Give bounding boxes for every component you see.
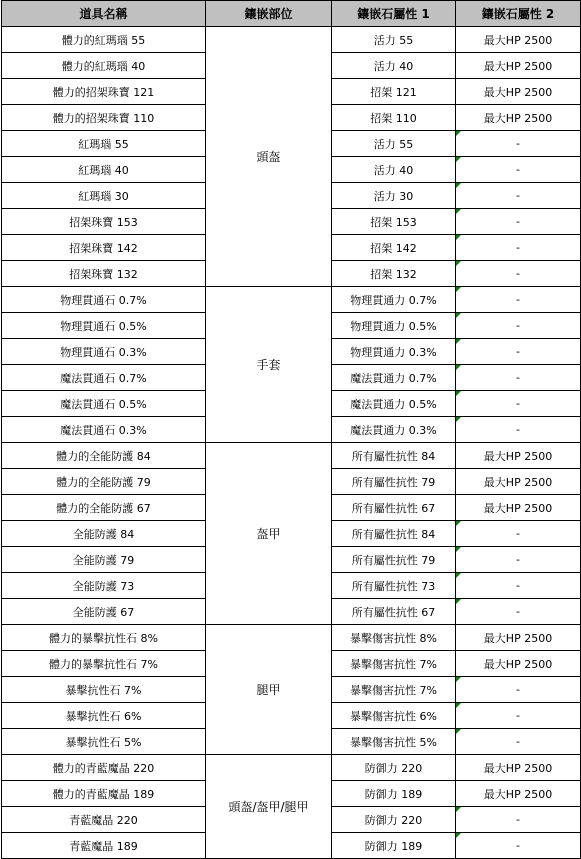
table-row: 體力的紅瑪瑙 55頭盔活力 55最大HP 2500 [2, 27, 581, 53]
gem-attr-1-cell: 魔法貫通力 0.3% [332, 417, 456, 443]
gem-attr-1-cell: 活力 30 [332, 183, 456, 209]
gem-attr-2-cell: 最大HP 2500 [456, 443, 581, 469]
gem-attr-2-cell: 最大HP 2500 [456, 651, 581, 677]
gem-attr-2-cell: - [456, 729, 581, 755]
gem-attr-2-cell: 最大HP 2500 [456, 53, 581, 79]
gem-attr-2-cell: - [456, 209, 581, 235]
item-name-cell: 全能防護 79 [2, 547, 206, 573]
gem-attr-1-cell: 魔法貫通力 0.5% [332, 391, 456, 417]
gem-attr-1-cell: 所有屬性抗性 67 [332, 495, 456, 521]
item-name-cell: 暴擊抗性石 5% [2, 729, 206, 755]
gem-attr-1-cell: 暴擊傷害抗性 7% [332, 651, 456, 677]
gem-attr-2-cell: - [456, 261, 581, 287]
gem-attr-1-cell: 魔法貫通力 0.7% [332, 365, 456, 391]
item-name-cell: 體力的青藍魔晶 220 [2, 755, 206, 781]
item-name-cell: 紅瑪瑙 30 [2, 183, 206, 209]
gem-attr-2-cell: 最大HP 2500 [456, 755, 581, 781]
gem-attr-1-cell: 防御力 220 [332, 755, 456, 781]
gem-attr-2-cell: - [456, 131, 581, 157]
gem-socket-table: 道具名稱 鑲嵌部位 鑲嵌石屬性 1 鑲嵌石屬性 2 體力的紅瑪瑙 55頭盔活力 … [1, 0, 581, 859]
gem-attr-2-cell: - [456, 807, 581, 833]
item-name-cell: 體力的紅瑪瑙 40 [2, 53, 206, 79]
item-name-cell: 招架珠寶 153 [2, 209, 206, 235]
gem-attr-1-cell: 物理貫通力 0.5% [332, 313, 456, 339]
gem-attr-2-cell: 最大HP 2500 [456, 79, 581, 105]
item-name-cell: 紅瑪瑙 40 [2, 157, 206, 183]
header-item-name: 道具名稱 [2, 1, 206, 27]
item-name-cell: 招架珠寶 132 [2, 261, 206, 287]
gem-attr-2-cell: - [456, 677, 581, 703]
gem-attr-2-cell: - [456, 521, 581, 547]
gem-attr-1-cell: 暴擊傷害抗性 6% [332, 703, 456, 729]
gem-attr-2-cell: - [456, 287, 581, 313]
gem-attr-1-cell: 所有屬性抗性 79 [332, 469, 456, 495]
item-name-cell: 物理貫通石 0.3% [2, 339, 206, 365]
item-name-cell: 體力的暴擊抗性石 7% [2, 651, 206, 677]
item-name-cell: 體力的全能防護 79 [2, 469, 206, 495]
item-name-cell: 魔法貫通石 0.7% [2, 365, 206, 391]
table-row: 體力的暴擊抗性石 8%腿甲暴擊傷害抗性 8%最大HP 2500 [2, 625, 581, 651]
item-name-cell: 暴擊抗性石 6% [2, 703, 206, 729]
item-name-cell: 全能防護 84 [2, 521, 206, 547]
gem-attr-2-cell: - [456, 417, 581, 443]
gem-attr-1-cell: 活力 55 [332, 131, 456, 157]
gem-attr-1-cell: 防御力 220 [332, 807, 456, 833]
item-name-cell: 體力的暴擊抗性石 8% [2, 625, 206, 651]
item-name-cell: 物理貫通石 0.5% [2, 313, 206, 339]
gem-attr-2-cell: - [456, 235, 581, 261]
gem-attr-2-cell: - [456, 339, 581, 365]
socket-slot-cell: 腿甲 [206, 625, 332, 755]
gem-attr-1-cell: 活力 55 [332, 27, 456, 53]
gem-attr-2-cell: - [456, 365, 581, 391]
table-row: 物理貫通石 0.7%手套物理貫通力 0.7%- [2, 287, 581, 313]
item-name-cell: 體力的紅瑪瑙 55 [2, 27, 206, 53]
gem-attr-2-cell: 最大HP 2500 [456, 469, 581, 495]
gem-attr-1-cell: 暴擊傷害抗性 7% [332, 677, 456, 703]
gem-attr-1-cell: 活力 40 [332, 157, 456, 183]
header-gem-attr-1: 鑲嵌石屬性 1 [332, 1, 456, 27]
gem-attr-1-cell: 所有屬性抗性 84 [332, 443, 456, 469]
item-name-cell: 魔法貫通石 0.5% [2, 391, 206, 417]
gem-attr-1-cell: 招架 132 [332, 261, 456, 287]
item-name-cell: 招架珠寶 142 [2, 235, 206, 261]
item-name-cell: 全能防護 73 [2, 573, 206, 599]
gem-attr-1-cell: 所有屬性抗性 79 [332, 547, 456, 573]
gem-attr-1-cell: 物理貫通力 0.7% [332, 287, 456, 313]
header-gem-attr-2: 鑲嵌石屬性 2 [456, 1, 581, 27]
gem-attr-2-cell: 最大HP 2500 [456, 27, 581, 53]
item-name-cell: 體力的全能防護 67 [2, 495, 206, 521]
item-name-cell: 暴擊抗性石 7% [2, 677, 206, 703]
gem-attr-2-cell: 最大HP 2500 [456, 495, 581, 521]
gem-attr-1-cell: 所有屬性抗性 73 [332, 573, 456, 599]
gem-attr-2-cell: - [456, 183, 581, 209]
gem-attr-2-cell: - [456, 157, 581, 183]
header-socket-slot: 鑲嵌部位 [206, 1, 332, 27]
item-name-cell: 體力的青藍魔晶 189 [2, 781, 206, 807]
table-row: 體力的全能防護 84盔甲所有屬性抗性 84最大HP 2500 [2, 443, 581, 469]
gem-attr-1-cell: 招架 110 [332, 105, 456, 131]
item-name-cell: 體力的全能防護 84 [2, 443, 206, 469]
gem-attr-2-cell: - [456, 391, 581, 417]
item-name-cell: 全能防護 67 [2, 599, 206, 625]
gem-attr-2-cell: - [456, 703, 581, 729]
header-row: 道具名稱 鑲嵌部位 鑲嵌石屬性 1 鑲嵌石屬性 2 [2, 1, 581, 27]
socket-slot-cell: 頭盔 [206, 27, 332, 287]
gem-attr-1-cell: 防御力 189 [332, 833, 456, 859]
gem-attr-2-cell: - [456, 573, 581, 599]
gem-attr-2-cell: 最大HP 2500 [456, 625, 581, 651]
gem-attr-1-cell: 招架 153 [332, 209, 456, 235]
item-name-cell: 紅瑪瑙 55 [2, 131, 206, 157]
gem-attr-1-cell: 活力 40 [332, 53, 456, 79]
item-name-cell: 魔法貫通石 0.3% [2, 417, 206, 443]
gem-attr-2-cell: 最大HP 2500 [456, 105, 581, 131]
socket-slot-cell: 頭盔/盔甲/腿甲 [206, 755, 332, 859]
gem-attr-2-cell: - [456, 313, 581, 339]
gem-attr-1-cell: 暴擊傷害抗性 5% [332, 729, 456, 755]
gem-attr-1-cell: 物理貫通力 0.3% [332, 339, 456, 365]
gem-attr-1-cell: 招架 121 [332, 79, 456, 105]
gem-attr-1-cell: 所有屬性抗性 84 [332, 521, 456, 547]
socket-slot-cell: 盔甲 [206, 443, 332, 625]
item-name-cell: 青藍魔晶 189 [2, 833, 206, 859]
socket-slot-cell: 手套 [206, 287, 332, 443]
gem-attr-1-cell: 招架 142 [332, 235, 456, 261]
gem-attr-1-cell: 暴擊傷害抗性 8% [332, 625, 456, 651]
gem-attr-1-cell: 所有屬性抗性 67 [332, 599, 456, 625]
item-name-cell: 物理貫通石 0.7% [2, 287, 206, 313]
gem-attr-1-cell: 防御力 189 [332, 781, 456, 807]
item-name-cell: 體力的招架珠寶 121 [2, 79, 206, 105]
gem-attr-2-cell: 最大HP 2500 [456, 781, 581, 807]
table-body: 體力的紅瑪瑙 55頭盔活力 55最大HP 2500體力的紅瑪瑙 40活力 40最… [2, 27, 581, 859]
gem-attr-2-cell: - [456, 833, 581, 859]
gem-attr-2-cell: - [456, 547, 581, 573]
table-row: 體力的青藍魔晶 220頭盔/盔甲/腿甲防御力 220最大HP 2500 [2, 755, 581, 781]
gem-attr-2-cell: - [456, 599, 581, 625]
item-name-cell: 體力的招架珠寶 110 [2, 105, 206, 131]
item-name-cell: 青藍魔晶 220 [2, 807, 206, 833]
